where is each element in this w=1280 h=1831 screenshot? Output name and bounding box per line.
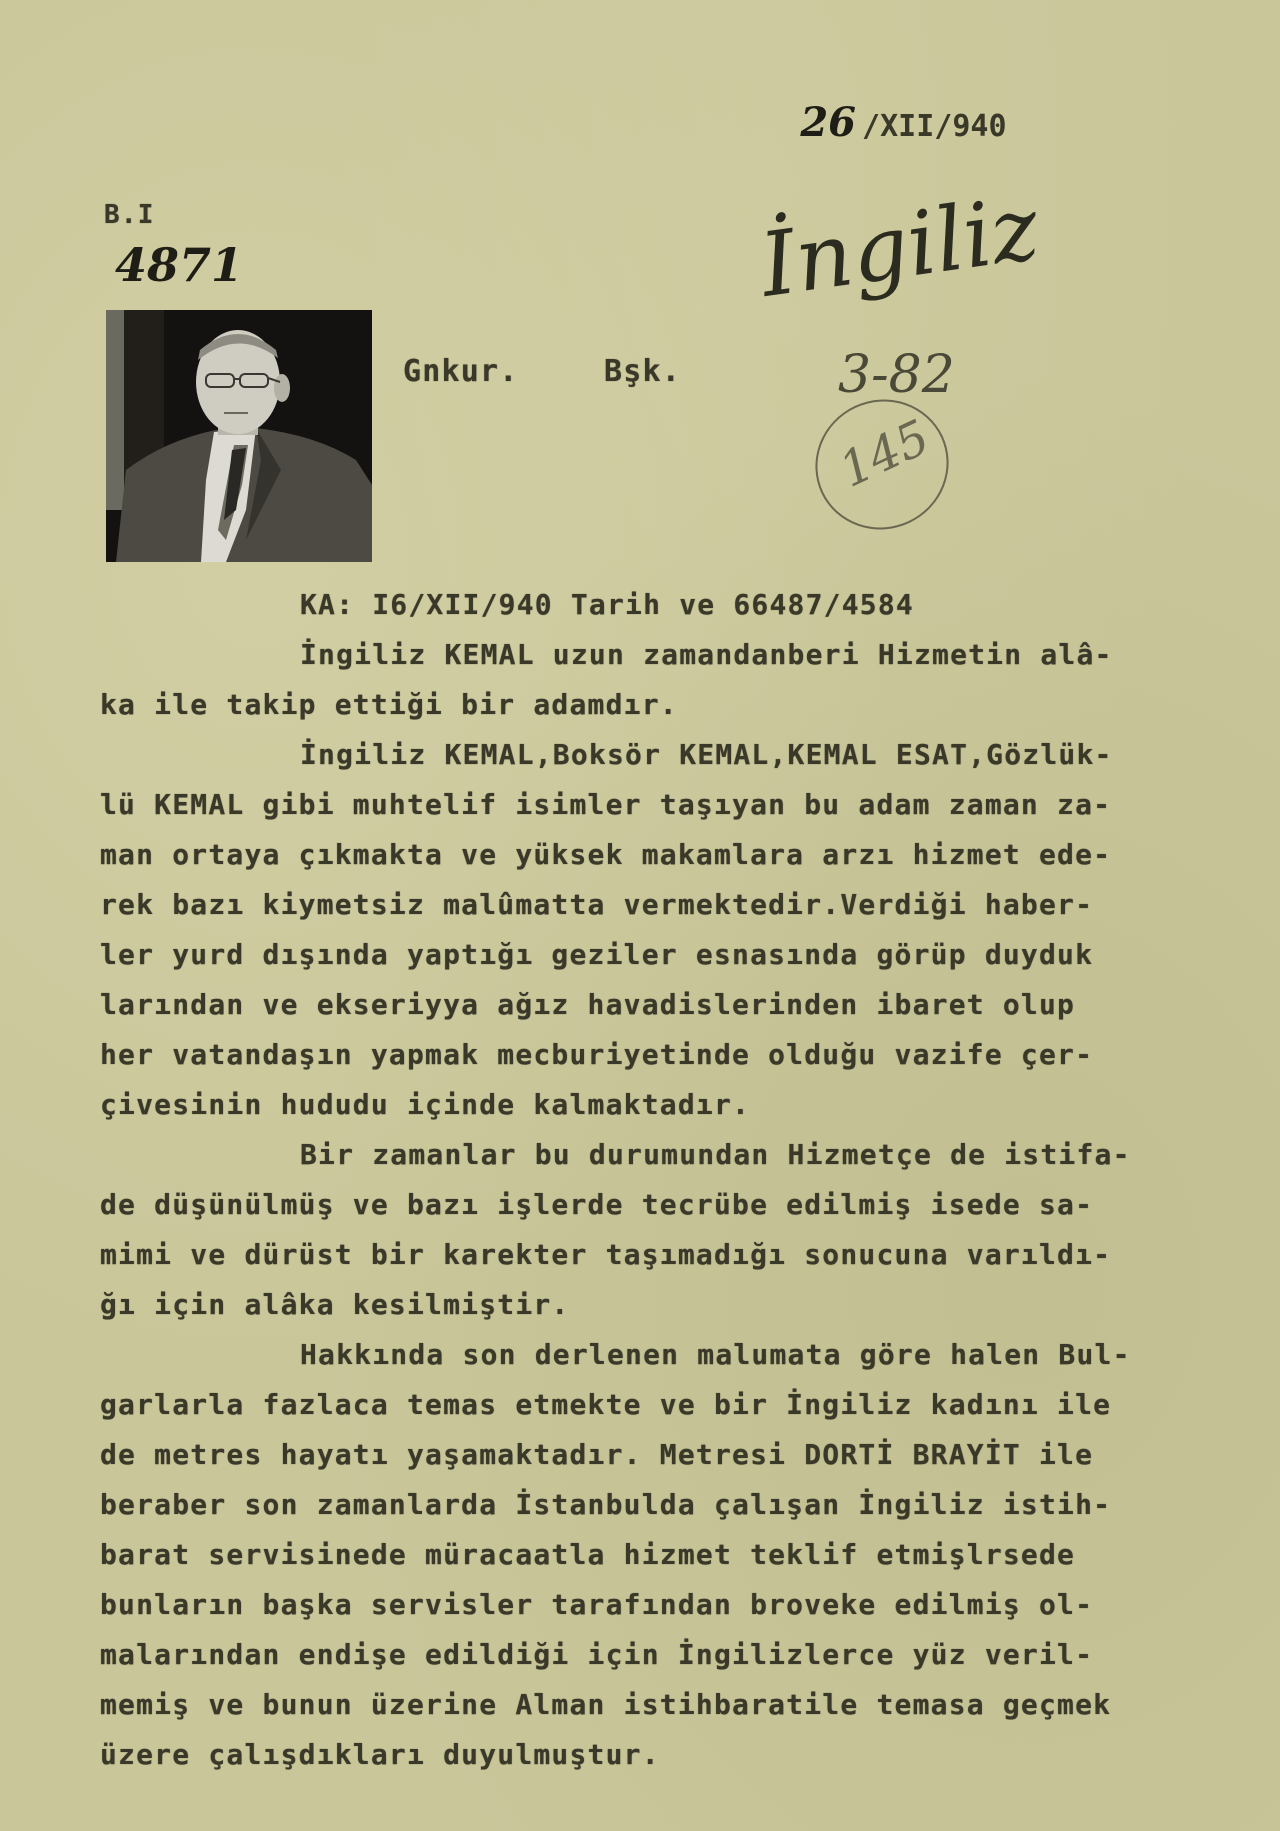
body-line: garlarla fazlaca temas etmekte ve bir İn… — [100, 1388, 1111, 1421]
body-line: de düşünülmüş ve bazı işlerde tecrübe ed… — [100, 1188, 1093, 1221]
body-line: ka ile takip ettiği bir adamdır. — [100, 688, 678, 721]
body-line: beraber son zamanlarda İstanbulda çalışa… — [100, 1488, 1111, 1521]
handwritten-annotation-code: 3-82 — [838, 345, 955, 405]
circled-number: 145 — [831, 409, 938, 498]
file-label: B.I — [104, 200, 155, 230]
date-typed: /XII/940 — [862, 109, 1007, 144]
portrait-photo — [106, 310, 372, 562]
document-page: 26/XII/940 B.I 4871 — [0, 0, 1280, 1831]
handwritten-annotation-word: İngiliz — [754, 176, 1044, 317]
addressee-bsk: Bşk. — [604, 354, 681, 389]
body-line: ler yurd dışında yaptığı geziler esnasın… — [100, 938, 1093, 971]
body-line: çivesinin hududu içinde kalmaktadır. — [100, 1088, 750, 1121]
body-line: İngiliz KEMAL,Boksör KEMAL,KEMAL ESAT,Gö… — [300, 738, 1113, 771]
body-line: de metres hayatı yaşamaktadır. Metresi D… — [100, 1438, 1093, 1471]
body-line: üzere çalışdıkları duyulmuştur. — [100, 1738, 660, 1771]
addressee-gnkur: Gnkur. — [403, 354, 519, 389]
body-line: her vatandaşın yapmak mecburiyetinde old… — [100, 1038, 1093, 1071]
body-line: man ortaya çıkmakta ve yüksek makamlara … — [100, 838, 1111, 871]
reference-line: KA: I6/XII/940 Tarih ve 66487/4584 — [300, 588, 914, 621]
portrait-image — [106, 310, 372, 562]
body-line: memiş ve bunun üzerine Alman istihbarati… — [100, 1688, 1111, 1721]
body-line: İngiliz KEMAL uzun zamandanberi Hizmetin… — [300, 638, 1113, 671]
body-line: bunların başka servisler tarafından brov… — [100, 1588, 1093, 1621]
body-line: barat servisinede müracaatla hizmet tekl… — [100, 1538, 1075, 1571]
document-date: 26/XII/940 — [780, 80, 1007, 165]
body-line: malarından endişe edildiği için İngilizl… — [100, 1638, 1093, 1671]
body-line: larından ve ekseriyya ağız havadislerind… — [100, 988, 1075, 1021]
body-line: Hakkında son derlenen malumata göre hale… — [300, 1338, 1131, 1371]
body-line: mimi ve dürüst bir karekter taşımadığı s… — [100, 1238, 1111, 1271]
file-number-handwritten: 4871 — [115, 238, 243, 292]
body-line: rek bazı kiymetsiz malûmatta vermektedir… — [100, 888, 1093, 921]
body-line: lü KEMAL gibi muhtelif isimler taşıyan b… — [100, 788, 1111, 821]
date-handwritten-day: 26 — [800, 99, 856, 146]
body-line: ğı için alâka kesilmiştir. — [100, 1288, 570, 1321]
body-line: Bir zamanlar bu durumundan Hizmetçe de i… — [300, 1138, 1131, 1171]
